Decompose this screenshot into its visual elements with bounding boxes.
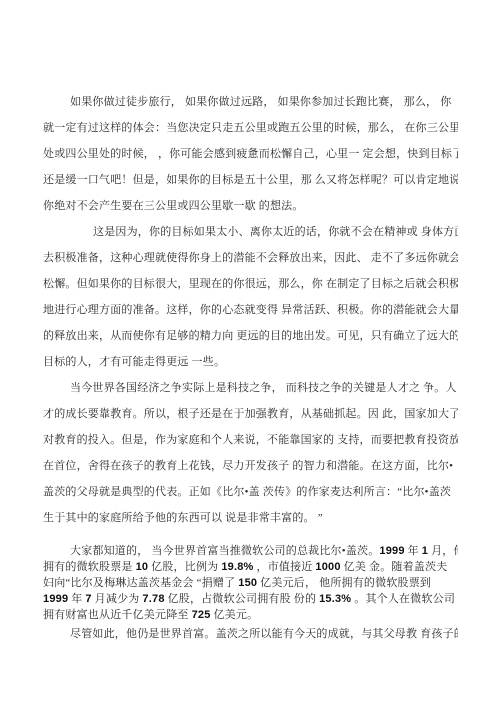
chinese-text-run: 。其个人在微软公司 bbox=[351, 593, 455, 605]
chinese-text-run: 的释放出来，从而使你有足够的精力向 更远的目的地出发。可见，只有确立了远大的 bbox=[43, 330, 458, 342]
text-line: 目标的人，才有可能走得更远 一些。 bbox=[43, 349, 458, 375]
text-line: 松懈。但如果你的目标很大，里现在的你很远，那么，你 在制定了目标之后就会积极 bbox=[43, 271, 458, 297]
chinese-text-run: 在首位，舍得在孩子的教育上花钱，尽力开发孩子 的智力和潜能。在这方面，比尔• bbox=[43, 460, 453, 472]
numeric-text-run: 10 bbox=[136, 561, 149, 573]
chinese-text-run: 亿美元。 bbox=[211, 609, 259, 621]
chinese-text-run: 松懈。但如果你的目标很大，里现在的你很远，那么，你 在制定了目标之后就会积极 bbox=[43, 278, 458, 290]
document-page: 如果你做过徒步旅行， 如果你做过远路， 如果你参加过长跑比赛， 那么， 你就一定… bbox=[0, 0, 500, 708]
text-line: 拥有财富也从近千亿美元降至 725 亿美元。 bbox=[43, 607, 458, 623]
document-body: 如果你做过徒步旅行， 如果你做过远路， 如果你参加过长跑比赛， 那么， 你就一定… bbox=[43, 89, 458, 643]
numeric-text-run: 7.78 bbox=[142, 593, 164, 605]
para-goal-psychology: 这是因为，你的目标如果太小、离你太近的话，你就不会在精神或 身体方面去积极准备，… bbox=[43, 219, 458, 375]
text-line: 当今世界各国经济之争实际上是科技之争， 而科技之争的关键是人才之 争。人 bbox=[43, 375, 458, 401]
chinese-text-run: 年 bbox=[405, 545, 422, 557]
chinese-text-run: 生于其中的家庭所给予他的东西可以 说是非常丰富的。 ” bbox=[43, 512, 323, 524]
text-line: 1999 年 7 月减少为 7.78 亿股，占微软公司拥有股 份的 15.3% … bbox=[43, 591, 458, 607]
text-line: 这是因为，你的目标如果太小、离你太近的话，你就不会在精神或 身体方面 bbox=[43, 219, 458, 245]
chinese-text-run: 亿股，比例为 bbox=[148, 561, 221, 573]
text-line: 如果你做过徒步旅行， 如果你做过远路， 如果你参加过长跑比赛， 那么， 你 bbox=[43, 89, 458, 115]
chinese-text-run: 才的成长要靠教育。所以，根子还是在于加强教育，从基础抓起。因 此，国家加大了 bbox=[43, 408, 458, 420]
chinese-text-run: 就一定有过这样的体会：当您决定只走五公里或跑五公里的时候，那么， 在你三公里 bbox=[43, 122, 458, 134]
numeric-text-run: 725 bbox=[192, 609, 211, 621]
chinese-text-run: 目标的人，才有可能走得更远 一些。 bbox=[43, 356, 225, 368]
text-line: 处或四公里处的时候， ，你可能会感到疲惫而松懈自己，心里一 定会想，快到目标了 bbox=[43, 141, 458, 167]
text-line: 拥有的微软股票是 10 亿股，比例为 19.8% ，市值接近 1000 亿美 金… bbox=[43, 559, 458, 575]
text-line: 的释放出来，从而使你有足够的精力向 更远的目的地出发。可见，只有确立了远大的 bbox=[43, 323, 458, 349]
text-line: 生于其中的家庭所给予他的东西可以 说是非常丰富的。 ” bbox=[43, 505, 458, 531]
text-line: 地进行心理方面的准备。这样，你的心态就变得 异常活跃、积极。你的潜能就会大量 bbox=[43, 297, 458, 323]
chinese-text-run: 如果你做过徒步旅行， 如果你做过远路， 如果你参加过长跑比赛， 那么， 你 bbox=[70, 96, 451, 108]
text-line: 妇向“比尔及梅琳达盖茨基金会 “捐赠了 150 亿美元后， 他所拥有的微软股票到 bbox=[43, 575, 458, 591]
chinese-text-run: 亿美 金。随着盖茨夫 bbox=[341, 561, 448, 573]
para-education-investment: 当今世界各国经济之争实际上是科技之争， 而科技之争的关键是人才之 争。人才的成长… bbox=[43, 375, 458, 531]
text-line: 去积极准备，这种心理就使得你身上的潜能不会释放出来，因此、 走不了多远你就会 bbox=[43, 245, 458, 271]
numeric-text-run: 1999 bbox=[379, 545, 404, 557]
chinese-text-run: 处或四公里处的时候， ，你可能会感到疲惫而松懈自己，心里一 定会想，快到目标了 bbox=[43, 148, 458, 160]
chinese-text-run: 你绝对不会产生要在三公里或四公里歇一歇 的想法。 bbox=[43, 200, 304, 212]
numeric-text-run: 150 bbox=[238, 577, 257, 589]
chinese-text-run: 拥有的微软股票是 bbox=[43, 561, 136, 573]
text-line: 尽管如此，他仍是世界首富。盖茨之所以能有今天的成就，与其父母教 育孩子的 bbox=[43, 626, 458, 643]
text-line: 在首位，舍得在孩子的教育上花钱，尽力开发孩子 的智力和潜能。在这方面，比尔• bbox=[43, 453, 458, 479]
para-still-richest: 尽管如此，他仍是世界首富。盖茨之所以能有今天的成就，与其父母教 育孩子的 bbox=[43, 626, 458, 643]
text-line: 才的成长要靠教育。所以，根子还是在于加强教育，从基础抓起。因 此，国家加大了 bbox=[43, 401, 458, 427]
chinese-text-run: 对教育的投入。但是，作为家庭和个人来说，不能靠国家的 支持，而要把教育投资放 bbox=[43, 434, 458, 446]
text-line: 对教育的投入。但是，作为家庭和个人来说，不能靠国家的 支持，而要把教育投资放 bbox=[43, 427, 458, 453]
text-line: 还是缓一口气吧！但是，如果你的目标是五十公里，那 么又将怎样呢？可以肯定地说， bbox=[43, 167, 458, 193]
chinese-text-run: 盖茨的父母就是典型的代表。正如《比尔•盖 茨传》的作家麦达利所言：“比尔•盖茨 bbox=[43, 486, 451, 498]
numeric-text-run: 1000 bbox=[315, 561, 340, 573]
chinese-text-run: 这是因为，你的目标如果太小、离你太近的话，你就不会在精神或 身体方面 bbox=[93, 226, 458, 238]
chinese-text-run: ，市值接近 bbox=[254, 561, 316, 573]
chinese-text-run: 年 bbox=[68, 593, 85, 605]
para-hiking-analogy: 如果你做过徒步旅行， 如果你做过远路， 如果你参加过长跑比赛， 那么， 你就一定… bbox=[43, 89, 458, 219]
text-line: 就一定有过这样的体会：当您决定只走五公里或跑五公里的时候，那么， 在你三公里 bbox=[43, 115, 458, 141]
chinese-text-run: 大家都知道的， 当今世界首富当推微软公司的总裁比尔•盖茨。 bbox=[70, 545, 379, 557]
text-line: 盖茨的父母就是典型的代表。正如《比尔•盖 茨传》的作家麦达利所言：“比尔•盖茨 bbox=[43, 479, 458, 505]
chinese-text-run: 亿美元后， 他所拥有的微软股票到 bbox=[257, 577, 431, 589]
chinese-text-run: 亿股，占微软公司拥有股 份的 bbox=[165, 593, 319, 605]
chinese-text-run: 还是缓一口气吧！但是，如果你的目标是五十公里，那 么又将怎样呢？可以肯定地说， bbox=[43, 174, 458, 186]
chinese-text-run: 当今世界各国经济之争实际上是科技之争， 而科技之争的关键是人才之 争。人 bbox=[70, 382, 457, 394]
numeric-text-run: 19.8% bbox=[221, 561, 253, 573]
chinese-text-run: 去积极准备，这种心理就使得你身上的潜能不会释放出来，因此、 走不了多远你就会 bbox=[43, 252, 458, 264]
chinese-text-run: 拥有财富也从近千亿美元降至 bbox=[43, 609, 192, 621]
text-line: 你绝对不会产生要在三公里或四公里歇一歇 的想法。 bbox=[43, 193, 458, 219]
chinese-text-run: 地进行心理方面的准备。这样，你的心态就变得 异常活跃、积极。你的潜能就会大量 bbox=[43, 304, 458, 316]
chinese-text-run: 尽管如此，他仍是世界首富。盖茨之所以能有今天的成就，与其父母教 育孩子的 bbox=[70, 628, 458, 640]
numeric-text-run: 15.3% bbox=[319, 593, 351, 605]
chinese-text-run: 月减少为 bbox=[92, 593, 143, 605]
chinese-text-run: 月，他 bbox=[428, 545, 458, 557]
chinese-text-run: 妇向“比尔及梅琳达盖茨基金会 “捐赠了 bbox=[43, 577, 238, 589]
text-line: 大家都知道的， 当今世界首富当推微软公司的总裁比尔•盖茨。1999 年 1 月，… bbox=[43, 543, 458, 559]
para-bill-gates-wealth: 大家都知道的， 当今世界首富当推微软公司的总裁比尔•盖茨。1999 年 1 月，… bbox=[43, 543, 458, 623]
numeric-text-run: 1999 bbox=[43, 593, 68, 605]
